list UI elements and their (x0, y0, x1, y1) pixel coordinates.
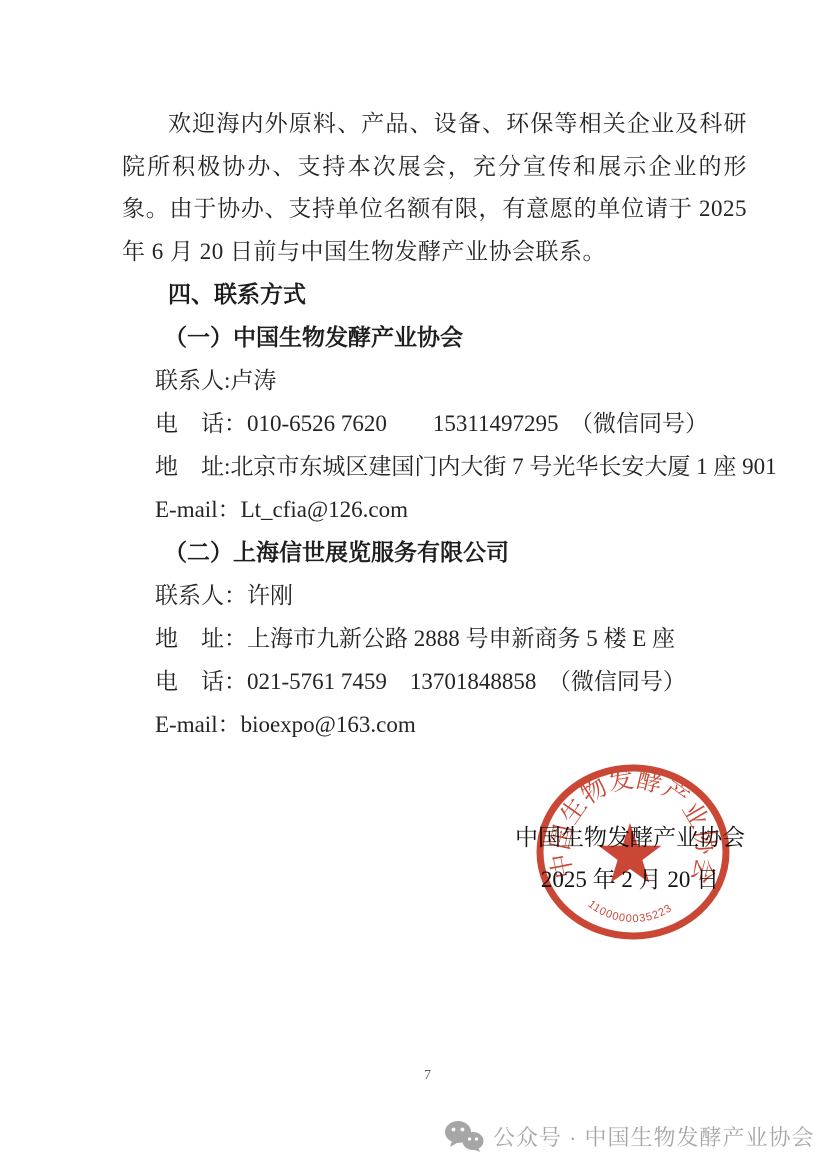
closing-date: 2025 年 2 月 20 日 (430, 859, 827, 901)
seal-serial-number: 1100000035223 (586, 898, 675, 925)
org2-title: （二）上海信世展览服务有限公司 (164, 531, 747, 574)
closing-org-name: 中国生物发酵产业协会 (430, 817, 827, 859)
wechat-icon (444, 1119, 484, 1153)
footer-account-label: 公众号 · 中国生物发酵产业协会 (493, 1121, 815, 1152)
org1-title: （一）中国生物发酵产业协会 (164, 316, 747, 359)
org2-phone: 电 话：021-5761 7459 13701848858 （微信同号） (155, 660, 747, 703)
document-content: 欢迎海内外原料、产品、设备、环保等相关企业及科研院所积极协办、支持本次展会，充分… (0, 0, 827, 746)
document-page: 欢迎海内外原料、产品、设备、环保等相关企业及科研院所积极协办、支持本次展会，充分… (0, 0, 827, 1169)
org1-address: 地 址:北京市东城区建国门内大街 7 号光华长安大厦 1 座 901 (155, 445, 747, 488)
closing-block: 中国生物发酵产业协会 2025 年 2 月 20 日 (430, 817, 827, 901)
page-number: 7 (0, 1068, 827, 1084)
org1-email: E-mail：Lt_cfia@126.com (155, 488, 747, 531)
section-heading-contact: 四、联系方式 (168, 273, 747, 316)
org1-contact-person: 联系人:卢涛 (155, 359, 747, 402)
org1-phone: 电 话：010-6526 7620 15311497295 （微信同号） (155, 402, 747, 445)
org2-contact-person: 联系人：许刚 (155, 574, 747, 617)
wechat-footer: 公众号 · 中国生物发酵产业协会 (444, 1119, 815, 1153)
org2-address: 地 址：上海市九新公路 2888 号申新商务 5 楼 E 座 (155, 617, 747, 660)
intro-paragraph: 欢迎海内外原料、产品、设备、环保等相关企业及科研院所积极协办、支持本次展会，充分… (122, 103, 747, 273)
